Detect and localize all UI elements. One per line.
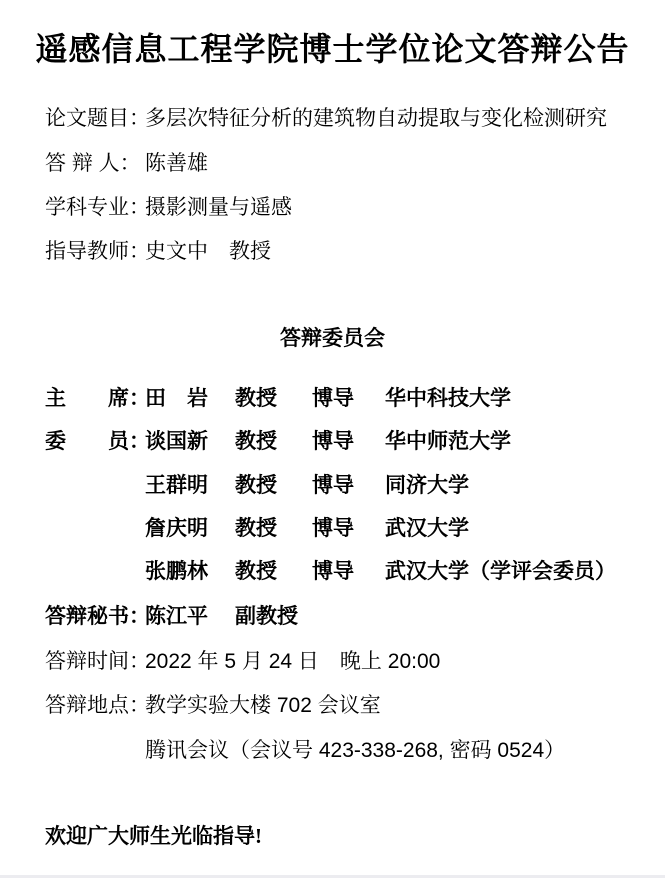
committee-name: 詹庆明: [145, 512, 208, 542]
thesis-title-row: 论文题目： 多层次特征分析的建筑物自动提取与变化检测研究: [0, 102, 665, 130]
committee-title: 教授: [235, 425, 277, 455]
committee-org: 华中科技大学: [385, 382, 511, 412]
committee-row-member: 詹庆明 教授 博导 武汉大学: [0, 512, 665, 540]
committee-name: 谈国新: [145, 425, 208, 455]
welcome-note: 欢迎广大师生光临指导!: [45, 820, 262, 850]
advisor-row: 指导教师： 史文中 教授: [0, 235, 665, 263]
committee-heading: 答辩委员会: [0, 322, 665, 352]
committee-role: 委 员：: [45, 425, 150, 455]
committee-row-chair: 主 席： 田 岩 教授 博导 华中科技大学: [0, 382, 665, 410]
committee-name: 田 岩: [145, 382, 208, 412]
committee-org: 武汉大学: [385, 512, 469, 542]
defense-location-value: 教学实验大楼 702 会议室: [145, 689, 381, 719]
committee-name: 张鹏林: [145, 555, 208, 585]
major-row: 学科专业： 摄影测量与遥感: [0, 191, 665, 219]
committee-title: 教授: [235, 382, 277, 412]
advisor-label: 指导教师：: [45, 235, 150, 265]
online-meeting-row: 腾讯会议（会议号 423-338-268, 密码 0524）: [0, 734, 665, 762]
committee-tutor: 博导: [312, 555, 354, 585]
committee-row-member: 张鹏林 教授 博导 武汉大学（学评会委员）: [0, 555, 665, 583]
defense-time-label: 答辩时间：: [45, 645, 150, 675]
committee-row-member: 委 员： 谈国新 教授 博导 华中师范大学: [0, 425, 665, 453]
committee-tutor: 博导: [312, 382, 354, 412]
committee-tutor: 博导: [312, 469, 354, 499]
committee-name: 王群明: [145, 469, 208, 499]
thesis-title-value: 多层次特征分析的建筑物自动提取与变化检测研究: [145, 102, 607, 132]
committee-title: 教授: [235, 469, 277, 499]
online-meeting-value: 腾讯会议（会议号 423-338-268, 密码 0524）: [145, 734, 565, 764]
committee-tutor: 博导: [312, 425, 354, 455]
advisor-value: 史文中 教授: [145, 235, 271, 265]
secretary-title: 副教授: [235, 600, 298, 630]
committee-row-member: 王群明 教授 博导 同济大学: [0, 469, 665, 497]
defender-row: 答 辩 人： 陈善雄: [0, 147, 665, 175]
committee-role: 主 席：: [45, 382, 150, 412]
defense-time-value: 2022 年 5 月 24 日 晚上 20:00: [145, 645, 440, 675]
major-value: 摄影测量与遥感: [145, 191, 292, 221]
secretary-row: 答辩秘书： 陈江平 副教授: [0, 600, 665, 628]
committee-org: 华中师范大学: [385, 425, 511, 455]
committee-title: 教授: [235, 512, 277, 542]
secretary-name: 陈江平: [145, 600, 208, 630]
defense-location-row: 答辩地点： 教学实验大楼 702 会议室: [0, 689, 665, 717]
committee-org: 武汉大学（学评会委员）: [385, 555, 616, 585]
defender-label: 答 辩 人：: [45, 147, 141, 177]
major-label: 学科专业：: [45, 191, 150, 221]
committee-title: 教授: [235, 555, 277, 585]
defense-announcement-document: 遥感信息工程学院博士学位论文答辩公告 论文题目： 多层次特征分析的建筑物自动提取…: [0, 0, 665, 878]
secretary-label: 答辩秘书：: [45, 600, 150, 630]
committee-org: 同济大学: [385, 469, 469, 499]
defense-time-row: 答辩时间： 2022 年 5 月 24 日 晚上 20:00: [0, 645, 665, 673]
defense-location-label: 答辩地点：: [45, 689, 150, 719]
document-title: 遥感信息工程学院博士学位论文答辩公告: [0, 24, 665, 70]
committee-tutor: 博导: [312, 512, 354, 542]
defender-value: 陈善雄: [145, 147, 208, 177]
thesis-title-label: 论文题目：: [45, 102, 150, 132]
